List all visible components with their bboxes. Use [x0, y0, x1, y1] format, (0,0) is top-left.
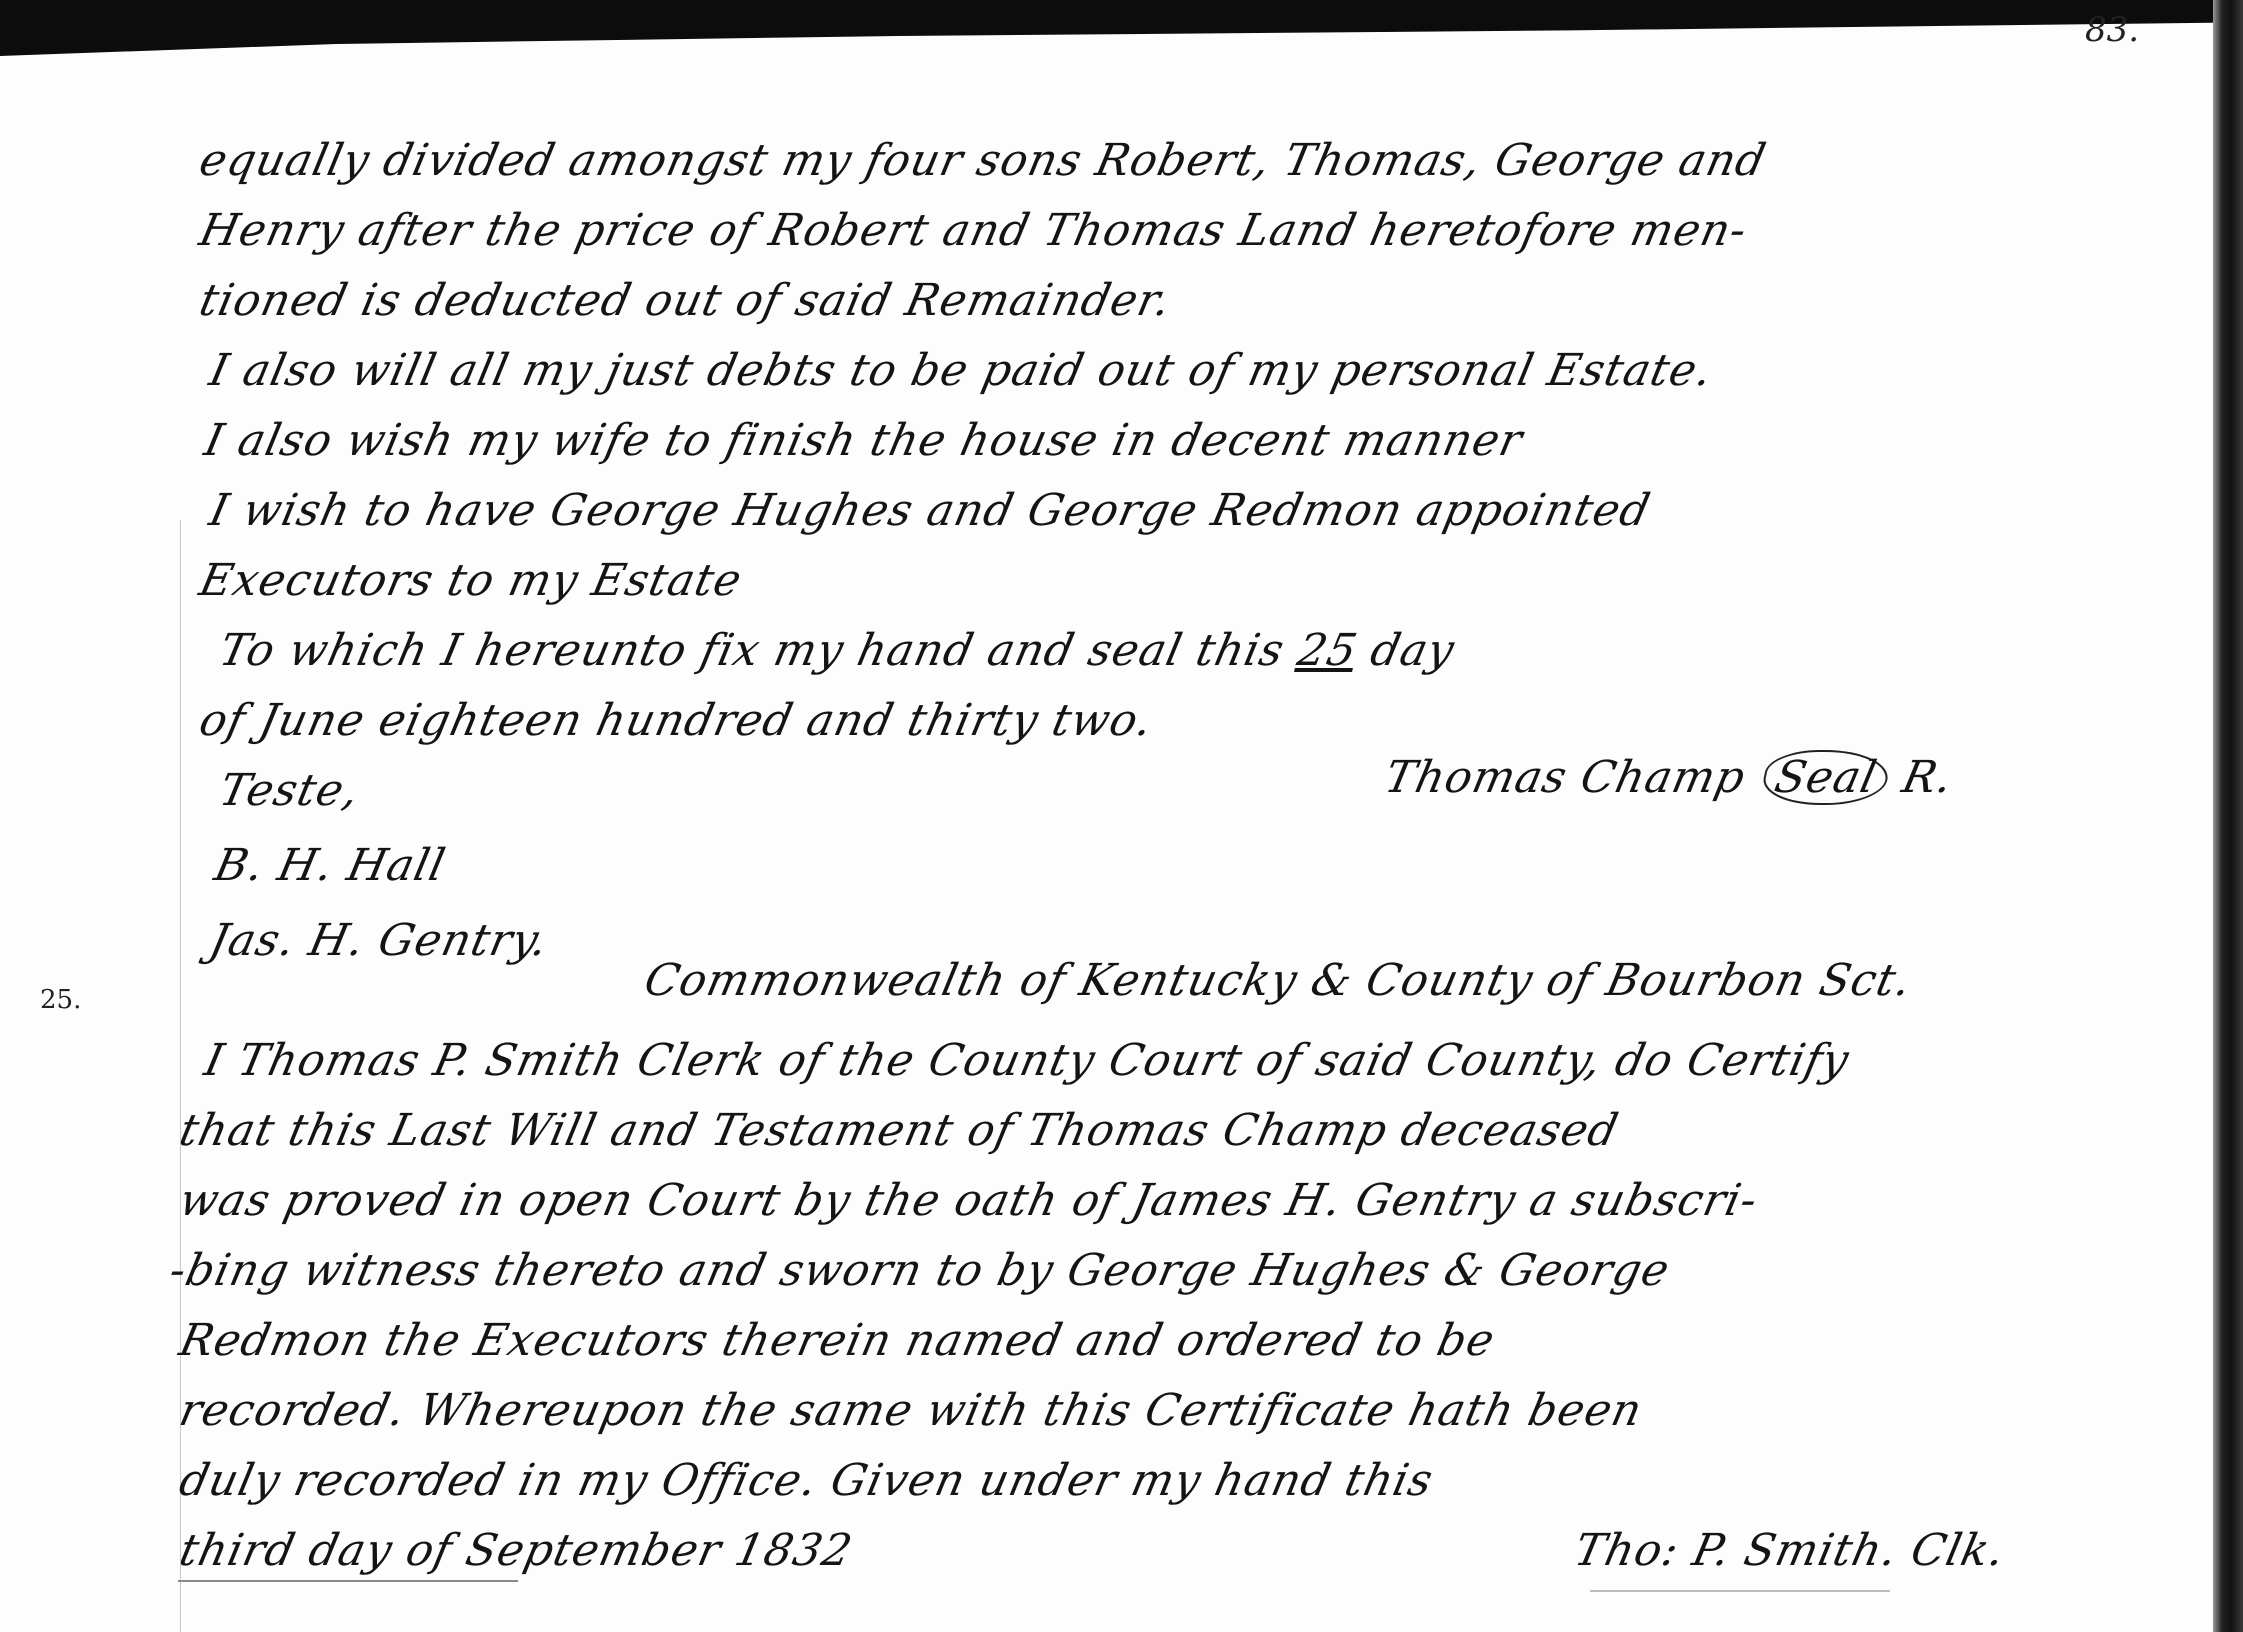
will-line-9: of June eighteen hundred and thirty two. — [195, 695, 1157, 746]
closing-rule-left — [178, 1580, 518, 1582]
clerk-signature: Tho: P. Smith. Clk. — [1570, 1525, 2010, 1576]
testator-signature: Thomas Champ Seal R. — [1380, 750, 1958, 805]
witness-1: B. H. Hall — [210, 840, 450, 891]
book-binding-edge — [2213, 0, 2243, 1632]
certificate-line-3: was proved in open Court by the oath of … — [175, 1175, 1762, 1226]
will-line-1: equally divided amongst my four sons Rob… — [195, 135, 1771, 186]
will-line-2: Henry after the price of Robert and Thom… — [195, 205, 1752, 256]
will-line-7: Executors to my Estate — [195, 555, 747, 606]
certificate-line-8: third day of September 1832 — [175, 1525, 857, 1576]
margin-rule — [180, 520, 181, 1632]
certificate-line-7: duly recorded in my Office. Given under … — [175, 1455, 1438, 1506]
certificate-line-4: -bing witness thereto and sworn to by Ge… — [165, 1245, 1674, 1296]
closing-rule-right — [1590, 1590, 1890, 1592]
will-line-4: I also will all my just debts to be paid… — [205, 345, 1717, 396]
page-number: 83. — [2085, 10, 2139, 50]
testator-name: Thomas Champ — [1380, 752, 1750, 803]
will-day: 25 — [1293, 625, 1362, 676]
will-line-3: tioned is deducted out of said Remainder… — [195, 275, 1176, 326]
will-line-8: To which I hereunto fix my hand and seal… — [215, 625, 1459, 676]
will-line-5: I also wish my wife to finish the house … — [200, 415, 1527, 466]
certificate-heading: Commonwealth of Kentucky & County of Bou… — [640, 955, 1916, 1006]
certificate-line-1: I Thomas P. Smith Clerk of the County Co… — [200, 1035, 1854, 1086]
certificate-line-6: recorded. Whereupon the same with this C… — [175, 1385, 1647, 1436]
teste-label: Teste, — [215, 765, 364, 816]
will-day-suffix: day — [1366, 625, 1459, 676]
will-line-8-text: To which I hereunto fix my hand and seal… — [215, 625, 1289, 676]
seal-suffix: R. — [1898, 752, 1958, 803]
certificate-line-5: Redmon the Executors therein named and o… — [175, 1315, 1500, 1366]
scan-dark-edge — [0, 0, 2243, 80]
will-line-6: I wish to have George Hughes and George … — [205, 485, 1655, 536]
witness-2: Jas. H. Gentry. — [205, 915, 553, 966]
seal-mark: Seal — [1758, 750, 1894, 805]
certificate-line-2: that this Last Will and Testament of Tho… — [175, 1105, 1623, 1156]
margin-note: 25. — [40, 985, 81, 1015]
